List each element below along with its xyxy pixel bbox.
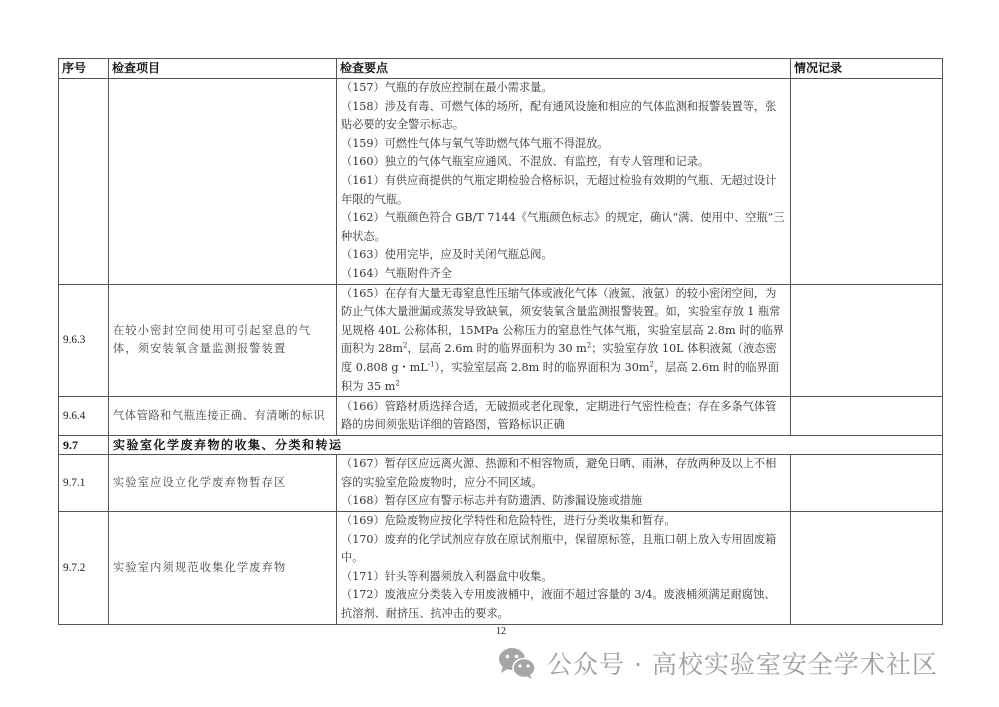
section-row: 9.7 实验室化学废弃物的收集、分类和转运 — [59, 436, 943, 455]
row-record-cell[interactable] — [791, 455, 943, 512]
row-item: 气体管路和气瓶连接正确、有清晰的标识 — [109, 397, 337, 436]
table-row: （157）气瓶的存放应控制在最小需求量。 （158）涉及有毒、可燃气体的场所，配… — [59, 79, 943, 285]
section-title: 实验室化学废弃物的收集、分类和转运 — [109, 436, 943, 455]
point-170: （170）废弃的化学试剂应存放在原试剂瓶中，保留原标签，且瓶口朝上放入专用固废箱… — [341, 531, 786, 568]
watermark-text: 公众号 · 高校实验室安全学术社区 — [547, 645, 938, 681]
row-points: （157）气瓶的存放应控制在最小需求量。 （158）涉及有毒、可燃气体的场所，配… — [337, 79, 791, 285]
watermark: 公众号 · 高校实验室安全学术社区 — [497, 645, 938, 681]
point-157: （157）气瓶的存放应控制在最小需求量。 — [341, 79, 786, 98]
row-number: 9.6.3 — [59, 284, 109, 397]
row-number: 9.6.4 — [59, 397, 109, 436]
page-number: 12 — [496, 626, 506, 637]
inspection-checklist-table: 序号 检查项目 检查要点 情况记录 （157）气瓶的存放应控制在最小需求量。 （… — [58, 58, 943, 625]
table-row: 9.6.4 气体管路和气瓶连接正确、有清晰的标识 （166）管路材质选择合适，无… — [59, 397, 943, 436]
row-points: （167）暂存区应远离火源、热源和不相容物质，避免日晒、雨淋，存放两种及以上不相… — [337, 455, 791, 512]
header-number: 序号 — [59, 59, 109, 79]
table-row: 9.6.3 在较小密封空间使用可引起窒息的气体，须安装氧含量监测报警装置 （16… — [59, 284, 943, 397]
point-167: （167）暂存区应远离火源、热源和不相容物质，避免日晒、雨淋，存放两种及以上不相… — [341, 455, 786, 492]
header-record: 情况记录 — [791, 59, 943, 79]
point-161: （161）有供应商提供的气瓶定期检验合格标识，无超过检验有效期的气瓶、无超过设计… — [341, 172, 786, 209]
section-number: 9.7 — [59, 436, 109, 455]
point-158: （158）涉及有毒、可燃气体的场所，配有通风设施和相应的气体监测和报警装置等，张… — [341, 98, 786, 135]
row-points: （169）危险废物应按化学特性和危险特性，进行分类收集和暂存。 （170）废弃的… — [337, 511, 791, 624]
row-item: 实验室内须规范收集化学废弃物 — [109, 511, 337, 624]
row-item: 在较小密封空间使用可引起窒息的气体，须安装氧含量监测报警装置 — [109, 284, 337, 397]
row-item — [109, 79, 337, 285]
point-169: （169）危险废物应按化学特性和危险特性，进行分类收集和暂存。 — [341, 512, 786, 531]
row-record-cell[interactable] — [791, 79, 943, 285]
row-record-cell[interactable] — [791, 511, 943, 624]
point-159: （159）可燃性气体与氧气等助燃气体气瓶不得混放。 — [341, 135, 786, 154]
wechat-icon — [497, 646, 537, 680]
row-number: 9.7.1 — [59, 455, 109, 512]
table-row: 9.7.2 实验室内须规范收集化学废弃物 （169）危险废物应按化学特性和危险特… — [59, 511, 943, 624]
row-number: 9.7.2 — [59, 511, 109, 624]
row-record-cell[interactable] — [791, 397, 943, 436]
point-160: （160）独立的气体气瓶室应通风、不混放、有监控，有专人管理和记录。 — [341, 153, 786, 172]
table-row: 9.7.1 实验室应设立化学废弃物暂存区 （167）暂存区应远离火源、热源和不相… — [59, 455, 943, 512]
point-163: （163）使用完毕，应及时关闭气瓶总阀。 — [341, 246, 786, 265]
row-record-cell[interactable] — [791, 284, 943, 397]
row-points: （165）在存有大量无毒窒息性压缩气体或液化气体（液氮、液氩）的较小密闭空间，为… — [337, 284, 791, 397]
point-162: （162）气瓶颜色符合 GB/T 7144《气瓶颜色标志》的规定，确认“满、使用… — [341, 209, 786, 246]
header-inspection-item: 检查项目 — [109, 59, 337, 79]
row-item: 实验室应设立化学废弃物暂存区 — [109, 455, 337, 512]
row-points: （166）管路材质选择合适，无破损或老化现象，定期进行气密性检查；存在多条气体管… — [337, 397, 791, 436]
point-165: （165）在存有大量无毒窒息性压缩气体或液化气体（液氮、液氩）的较小密闭空间，为… — [341, 285, 786, 397]
point-166: （166）管路材质选择合适，无破损或老化现象，定期进行气密性检查；存在多条气体管… — [341, 398, 786, 435]
table-header-row: 序号 检查项目 检查要点 情况记录 — [59, 59, 943, 79]
row-number — [59, 79, 109, 285]
point-168: （168）暂存区应有警示标志并有防遗洒、防渗漏设施或措施 — [341, 492, 786, 511]
point-164: （164）气瓶附件齐全 — [341, 265, 786, 284]
point-171: （171）针头等利器须放入利器盒中收集。 — [341, 568, 786, 587]
point-172: （172）废液应分类装入专用废液桶中，液面不超过容量的 3/4。废液桶须满足耐腐… — [341, 586, 786, 623]
header-inspection-points: 检查要点 — [337, 59, 791, 79]
